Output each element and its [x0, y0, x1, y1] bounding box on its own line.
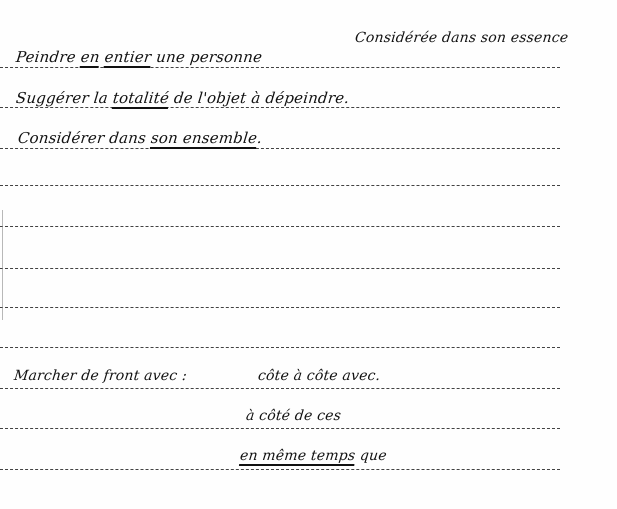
ruled-line — [0, 469, 560, 470]
ruled-line — [0, 185, 560, 186]
ruled-line — [0, 67, 560, 68]
margin-mark — [2, 210, 3, 320]
text-segment: . — [256, 129, 263, 147]
margin-note: Considérée dans son essence — [354, 30, 569, 46]
ruled-line — [0, 388, 560, 389]
note-line-3: Considérer dans son ensemble. — [17, 129, 263, 147]
underlined-segment: son ensemble — [150, 129, 258, 147]
text-segment: Considérer dans — [17, 129, 152, 147]
alternative-2: à côté de ces — [245, 408, 342, 424]
lower-main-line: Marcher de front avec : — [13, 368, 188, 384]
underlined-segment: en — [80, 48, 101, 66]
text-segment: de l'objet à dépeindre. — [168, 89, 350, 107]
underlined-segment: totalité — [112, 89, 170, 107]
underlined-segment: entier — [104, 48, 153, 66]
ruled-line — [0, 226, 560, 227]
ruled-line — [0, 268, 560, 269]
text-segment: Suggérer la — [15, 89, 114, 107]
ruled-line — [0, 428, 560, 429]
text-segment: Peindre — [15, 48, 82, 66]
note-line-1: Peindre en entier une personne — [15, 48, 263, 66]
text-segment: que — [354, 448, 387, 464]
text-segment: une personne — [150, 48, 263, 66]
ruled-line — [0, 307, 560, 308]
ruled-line — [0, 107, 560, 108]
alternative-1: côte à côte avec. — [257, 368, 381, 384]
note-line-2: Suggérer la totalité de l'objet à dépein… — [15, 89, 350, 107]
handwritten-page: Considérée dans son essence Peindre en e… — [0, 0, 617, 509]
alternative-3: en même temps que — [239, 448, 387, 464]
ruled-line — [0, 148, 560, 149]
ruled-line — [0, 347, 560, 348]
underlined-segment: en même temps — [239, 448, 356, 464]
